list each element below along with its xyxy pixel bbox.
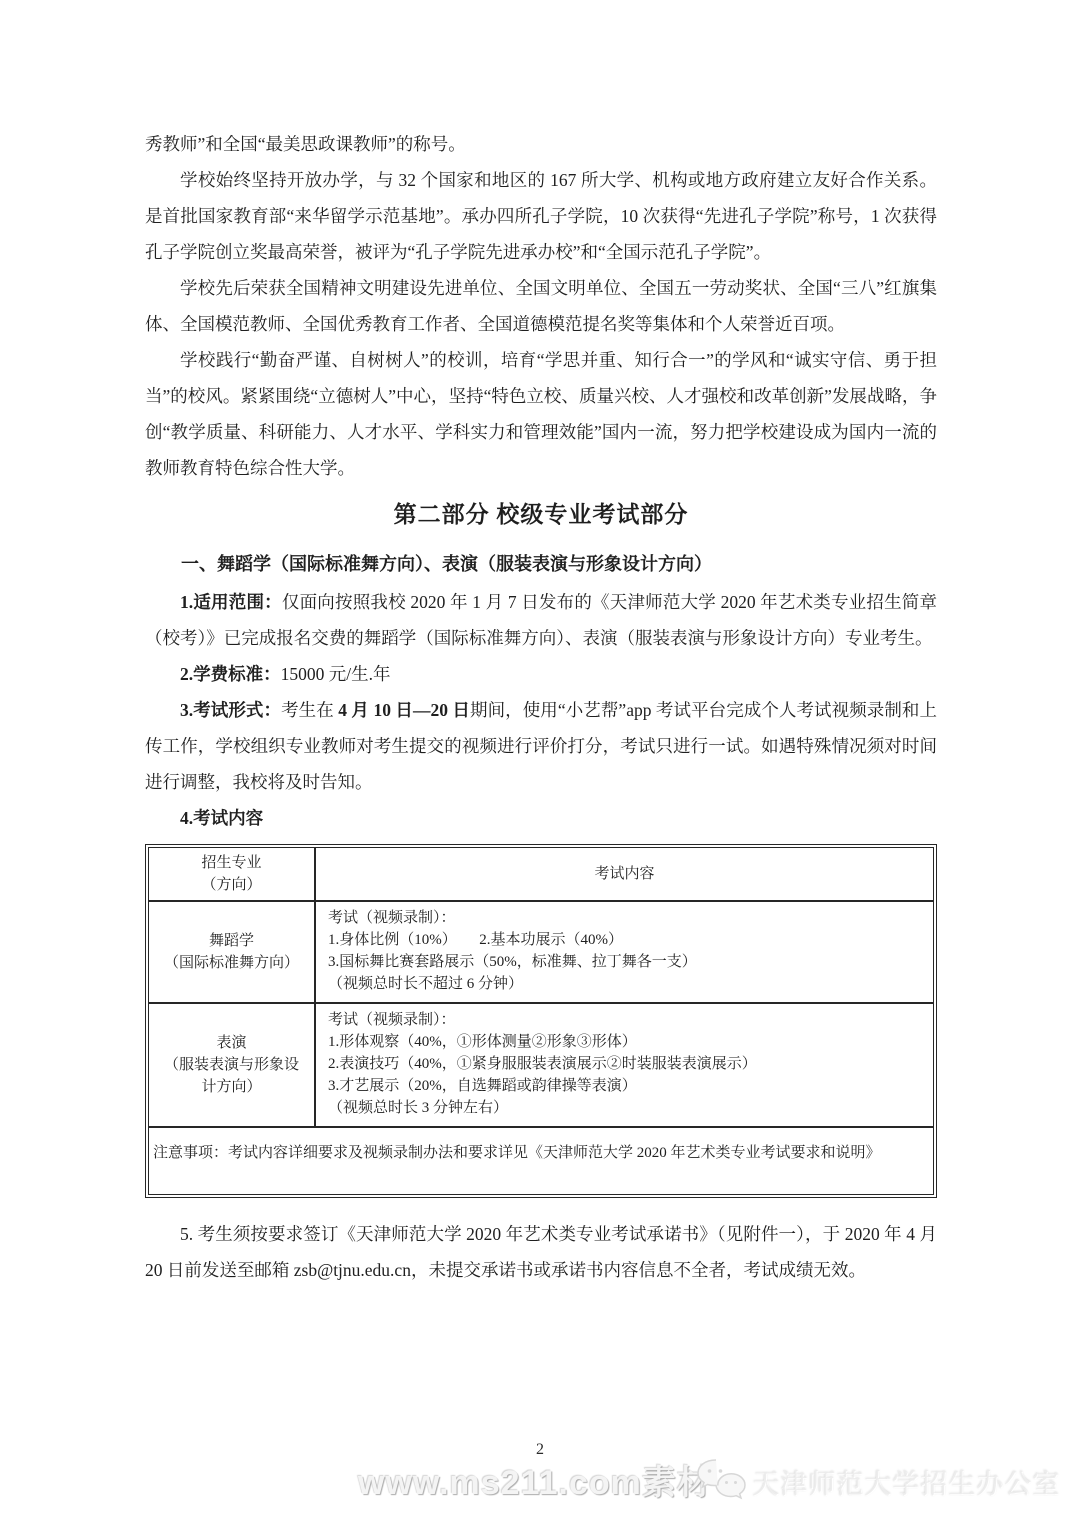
performance-major-line1: 表演: [151, 1032, 312, 1054]
header-cell-major: 招生专业 （方向）: [149, 848, 315, 901]
exam-content-heading: 4.考试内容: [180, 808, 263, 828]
dance-major-line2: （国际标准舞方向）: [151, 952, 312, 974]
dance-content-line3: 3.国标舞比赛套路展示（50%，标准舞、拉丁舞各一支）: [328, 951, 923, 973]
performance-major-line2: （服装表演与形象设: [151, 1054, 312, 1076]
wechat-icon: [696, 1458, 748, 1502]
exam-content-table: 招生专业 （方向） 考试内容 舞蹈学 （国际标准舞方向） 考试（视频录制）： 1…: [149, 848, 933, 1194]
performance-content-line2: 1.形体观察（40%，①形体测量②形象③形体）: [328, 1031, 923, 1053]
intro-paragraph-open-education: 学校始终坚持开放办学，与 32 个国家和地区的 167 所大学、机构或地方政府建…: [145, 162, 937, 270]
dance-content-line2: 1.身体比例（10%） 2.基本功展示（40%）: [328, 929, 923, 951]
performance-content-line3: 2.表演技巧（40%，①紧身服服装表演展示②时装服装表演展示）: [328, 1053, 923, 1075]
table-note-row: 注意事项：考试内容详细要求及视频录制办法和要求详见《天津师范大学 2020 年艺…: [149, 1127, 933, 1194]
document-page: 秀教师”和全国“最美思政课教师”的称号。 学校始终坚持开放办学，与 32 个国家…: [0, 0, 1080, 1527]
item-exam-format: 3.考试形式：考生在 4 月 10 日—20 日期间，使用“小艺帮”app 考试…: [145, 692, 937, 800]
item-tuition-label: 2.学费标准：: [180, 664, 281, 684]
header-cell-content: 考试内容: [315, 848, 933, 901]
watermark-site-text: www.ms211.com素材: [358, 1455, 712, 1504]
header-major-line2: （方向）: [149, 874, 314, 896]
exam-content-table-frame: 招生专业 （方向） 考试内容 舞蹈学 （国际标准舞方向） 考试（视频录制）： 1…: [145, 844, 937, 1198]
intro-paragraph-motto: 学校践行“勤奋严谨、自树树人”的校训，培育“学思并重、知行合一”的学风和“诚实守…: [145, 342, 937, 486]
item-tuition: 2.学费标准：15000 元/生.年: [145, 656, 937, 692]
performance-content-line1: 考试（视频录制）：: [328, 1009, 923, 1031]
dance-major-line1: 舞蹈学: [151, 930, 312, 952]
watermark-account-name: 天津师范大学招生办公室: [752, 1462, 1060, 1501]
dance-content-line4: （视频总时长不超过 6 分钟）: [328, 973, 923, 995]
performance-major-line3: 计方向）: [151, 1076, 312, 1098]
intro-paragraph-continued: 秀教师”和全国“最美思政课教师”的称号。: [145, 126, 937, 162]
dance-content-line1: 考试（视频录制）：: [328, 907, 923, 929]
watermark-site-url: www.ms211.com: [358, 1464, 642, 1502]
cell-performance-major: 表演 （服装表演与形象设 计方向）: [149, 1003, 315, 1127]
item-scope: 1.适用范围：仅面向按照我校 2020 年 1 月 7 日发布的《天津师范大学 …: [145, 584, 937, 656]
note-cell: 注意事项：考试内容详细要求及视频录制办法和要求详见《天津师范大学 2020 年艺…: [149, 1127, 933, 1194]
cell-dance-major: 舞蹈学 （国际标准舞方向）: [149, 901, 315, 1003]
item-exam-content-label: 4.考试内容: [145, 800, 937, 836]
item-exam-format-dates: 4 月 10 日—20 日: [338, 700, 470, 720]
performance-content-line4: 3.才艺展示（20%，自选舞蹈或韵律操等表演）: [328, 1075, 923, 1097]
item-exam-format-pre: 考生在: [281, 700, 338, 720]
item-scope-label: 1.适用范围：: [180, 592, 282, 612]
subsection-title: 一、舞蹈学（国际标准舞方向）、表演（服装表演与形象设计方向）: [145, 550, 937, 578]
item-tuition-value: 15000 元/生.年: [281, 664, 391, 684]
performance-content-line5: （视频总时长 3 分钟左右）: [328, 1097, 923, 1119]
cell-dance-content: 考试（视频录制）： 1.身体比例（10%） 2.基本功展示（40%） 3.国标舞…: [315, 901, 933, 1003]
cell-performance-content: 考试（视频录制）： 1.形体观察（40%，①形体测量②形象③形体） 2.表演技巧…: [315, 1003, 933, 1127]
item-exam-format-label: 3.考试形式：: [180, 700, 281, 720]
header-major-line1: 招生专业: [149, 852, 314, 874]
item-commitment-letter: 5. 考生须按要求签订《天津师范大学 2020 年艺术类专业考试承诺书》（见附件…: [145, 1216, 937, 1288]
table-row-dance: 舞蹈学 （国际标准舞方向） 考试（视频录制）： 1.身体比例（10%） 2.基本…: [149, 901, 933, 1003]
section-title: 第二部分 校级专业考试部分: [145, 498, 937, 532]
table-row-performance: 表演 （服装表演与形象设 计方向） 考试（视频录制）： 1.形体观察（40%，①…: [149, 1003, 933, 1127]
table-header-row: 招生专业 （方向） 考试内容: [149, 848, 933, 901]
intro-paragraph-honors: 学校先后荣获全国精神文明建设先进单位、全国文明单位、全国五一劳动奖状、全国“三八…: [145, 270, 937, 342]
